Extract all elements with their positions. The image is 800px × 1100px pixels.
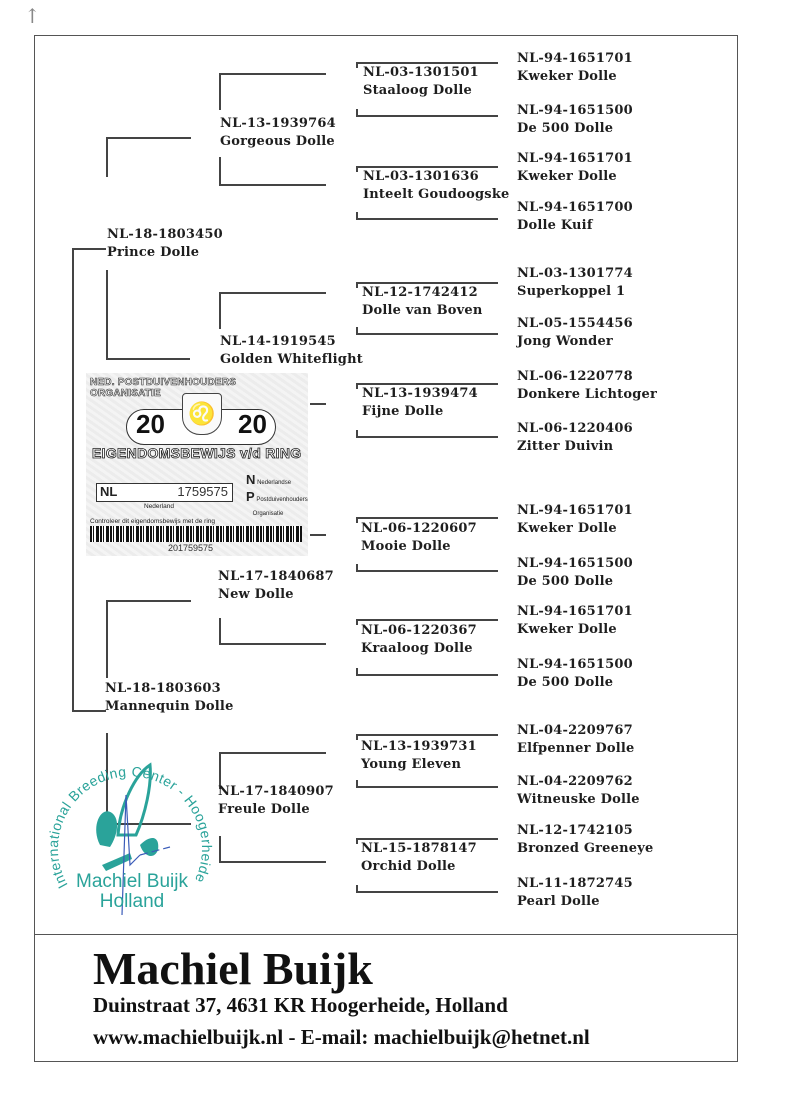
ring-number: NL-05-1554456 xyxy=(517,315,633,333)
bird-name: Kweker Dolle xyxy=(517,68,633,86)
grandparent-4: NL-17-1840907 Freule Dolle xyxy=(218,783,334,819)
footer-divider xyxy=(34,934,738,935)
bird-name: Kraaloog Dolle xyxy=(361,640,477,658)
bird-name: Orchid Dolle xyxy=(361,858,477,876)
ring-number: NL-06-1220778 xyxy=(517,368,657,386)
bird-name: Witneuske Dolle xyxy=(517,791,640,809)
card-npo-logo: N Nederlandse P Postduivenhouders Organi… xyxy=(246,473,308,521)
bird-name: Superkoppel 1 xyxy=(517,283,633,301)
breeding-center-stamp: International Breeding Center - Hoogerhe… xyxy=(40,735,220,915)
ring-number: NL-14-1919545 xyxy=(220,333,363,351)
grandparent-1: NL-13-1939764 Gorgeous Dolle xyxy=(220,115,336,151)
bird-name: Fijne Dolle xyxy=(362,403,478,421)
corner-arrow-mark: ↑ xyxy=(24,4,41,28)
bird-name: Prince Dolle xyxy=(107,244,223,262)
card-ring-number: 1759575 xyxy=(177,484,228,499)
connector-line xyxy=(219,73,326,75)
great-great-grandparent-5: NL-03-1301774Superkoppel 1 xyxy=(517,265,633,301)
card-country-code: NL xyxy=(100,484,117,499)
great-great-grandparent-10: NL-94-1651500De 500 Dolle xyxy=(517,555,633,591)
bird-name: Donkere Lichtoger xyxy=(517,386,657,404)
ring-number: NL-04-2209762 xyxy=(517,773,640,791)
ring-number: NL-03-1301774 xyxy=(517,265,633,283)
connector-line xyxy=(219,292,326,294)
bird-name: Mannequin Dolle xyxy=(105,698,234,716)
great-great-grandparent-1: NL-94-1651701Kweker Dolle xyxy=(517,50,633,86)
ring-number: NL-94-1651500 xyxy=(517,102,633,120)
bird-name: De 500 Dolle xyxy=(517,674,633,692)
ring-number: NL-94-1651500 xyxy=(517,656,633,674)
npo-line: Postduivenhouders xyxy=(256,497,307,503)
bird-name: Freule Dolle xyxy=(218,801,334,819)
ring-number: NL-11-1872745 xyxy=(517,875,633,893)
connector-line xyxy=(106,137,191,139)
connector-line xyxy=(310,403,326,405)
ring-number: NL-17-1840907 xyxy=(218,783,334,801)
grandparent-3: NL-17-1840687 New Dolle xyxy=(218,568,334,604)
ring-number: NL-13-1939474 xyxy=(362,385,478,403)
bird-name: De 500 Dolle xyxy=(517,120,633,138)
great-great-grandparent-14: NL-04-2209762Witneuske Dolle xyxy=(517,773,640,809)
parent-sire: NL-18-1803450 Prince Dolle xyxy=(107,226,223,262)
stamp-name: Machiel Buijk xyxy=(76,871,188,892)
connector-line xyxy=(72,710,106,712)
great-grandparent-5: NL-06-1220607 Mooie Dolle xyxy=(361,520,477,556)
ring-number: NL-12-1742412 xyxy=(362,284,483,302)
connector-line xyxy=(219,861,326,863)
bird-name: Dolle Kuif xyxy=(517,217,633,235)
connector-line xyxy=(106,600,108,678)
ring-number: NL-03-1301501 xyxy=(363,64,479,82)
ring-number: NL-12-1742105 xyxy=(517,822,653,840)
breeder-name: Machiel Buijk xyxy=(93,943,373,995)
great-great-grandparent-3: NL-94-1651701Kweker Dolle xyxy=(517,150,633,186)
bird-name: Kweker Dolle xyxy=(517,621,633,639)
breeder-contact: www.machielbuijk.nl - E-mail: machielbui… xyxy=(93,1025,590,1050)
breeder-address: Duinstraat 37, 4631 KR Hoogerheide, Holl… xyxy=(93,993,508,1018)
connector-line xyxy=(356,674,498,676)
ring-number: NL-13-1939731 xyxy=(361,738,477,756)
card-year-right: 20 xyxy=(238,409,267,440)
ring-ownership-card: NED. POSTDUIVENHOUDERS ORGANISATIE 20 ♌ … xyxy=(86,373,308,556)
connector-line xyxy=(106,137,108,177)
card-ring-box: NL 1759575 xyxy=(96,483,233,502)
ring-number: NL-17-1840687 xyxy=(218,568,334,586)
connector-line xyxy=(219,184,326,186)
bird-name: New Dolle xyxy=(218,586,334,604)
barcode-number: 201759575 xyxy=(168,543,213,553)
connector-line xyxy=(356,115,498,117)
connector-line xyxy=(72,248,106,250)
great-great-grandparent-12: NL-94-1651500De 500 Dolle xyxy=(517,656,633,692)
great-great-grandparent-4: NL-94-1651700Dolle Kuif xyxy=(517,199,633,235)
ring-number: NL-06-1220406 xyxy=(517,420,633,438)
connector-line xyxy=(356,619,498,621)
connector-line xyxy=(219,292,221,329)
bird-name: Kweker Dolle xyxy=(517,168,633,186)
ring-number: NL-15-1878147 xyxy=(361,840,477,858)
grandparent-2: NL-14-1919545 Golden Whiteflight xyxy=(220,333,363,369)
bird-name: Golden Whiteflight xyxy=(220,351,363,369)
connector-line xyxy=(106,358,190,360)
great-great-grandparent-9: NL-94-1651701Kweker Dolle xyxy=(517,502,633,538)
connector-line xyxy=(356,436,498,438)
ring-number: NL-03-1301636 xyxy=(363,168,510,186)
ring-number: NL-18-1803603 xyxy=(105,680,234,698)
bird-name: De 500 Dolle xyxy=(517,573,633,591)
ring-number: NL-06-1220607 xyxy=(361,520,477,538)
card-title: EIGENDOMSBEWIJS v/d RING xyxy=(92,445,301,461)
bird-name: Mooie Dolle xyxy=(361,538,477,556)
ring-number: NL-18-1803450 xyxy=(107,226,223,244)
connector-line xyxy=(356,570,498,572)
bird-name: Pearl Dolle xyxy=(517,893,633,911)
great-grandparent-7: NL-13-1939731 Young Eleven xyxy=(361,738,477,774)
great-grandparent-6: NL-06-1220367 Kraaloog Dolle xyxy=(361,622,477,658)
bird-name: Staaloog Dolle xyxy=(363,82,479,100)
ring-number: NL-94-1651700 xyxy=(517,199,633,217)
connector-line xyxy=(219,157,221,184)
ring-number: NL-13-1939764 xyxy=(220,115,336,133)
bird-name: Zitter Duivin xyxy=(517,438,633,456)
great-grandparent-2: NL-03-1301636 Inteelt Goudoogske xyxy=(363,168,510,204)
ring-number: NL-94-1651701 xyxy=(517,603,633,621)
bird-name: Jong Wonder xyxy=(517,333,633,351)
npo-line: Organisatie xyxy=(253,511,284,517)
great-grandparent-8: NL-15-1878147 Orchid Dolle xyxy=(361,840,477,876)
bird-name: Elfpenner Dolle xyxy=(517,740,634,758)
card-check-text: Controleer dit eigendomsbewijs met de ri… xyxy=(90,518,215,525)
bird-name: Bronzed Greeneye xyxy=(517,840,653,858)
connector-line xyxy=(219,643,326,645)
npo-line: Nederlandse xyxy=(257,480,291,486)
crest-lion-icon: ♌ xyxy=(182,393,222,435)
ring-number: NL-94-1651500 xyxy=(517,555,633,573)
great-grandparent-4: NL-13-1939474 Fijne Dolle xyxy=(362,385,478,421)
barcode xyxy=(90,526,302,542)
stamp-country: Holland xyxy=(100,891,164,912)
connector-line xyxy=(219,752,326,754)
connector-line xyxy=(356,786,498,788)
great-great-grandparent-7: NL-06-1220778Donkere Lichtoger xyxy=(517,368,657,404)
ring-number: NL-94-1651701 xyxy=(517,502,633,520)
great-great-grandparent-15: NL-12-1742105Bronzed Greeneye xyxy=(517,822,653,858)
ring-number: NL-04-2209767 xyxy=(517,722,634,740)
connector-line xyxy=(106,600,191,602)
connector-line xyxy=(356,734,498,736)
connector-line xyxy=(219,73,221,110)
bird-name: Dolle van Boven xyxy=(362,302,483,320)
great-great-grandparent-8: NL-06-1220406Zitter Duivin xyxy=(517,420,633,456)
card-country-label: Nederland xyxy=(144,503,174,510)
card-year-left: 20 xyxy=(136,409,165,440)
connector-line xyxy=(356,218,498,220)
ring-number: NL-06-1220367 xyxy=(361,622,477,640)
great-great-grandparent-11: NL-94-1651701Kweker Dolle xyxy=(517,603,633,639)
connector-line xyxy=(310,534,326,536)
bird-name: Kweker Dolle xyxy=(517,520,633,538)
parent-dam: NL-18-1803603 Mannequin Dolle xyxy=(105,680,234,716)
bird-name: Gorgeous Dolle xyxy=(220,133,336,151)
great-great-grandparent-2: NL-94-1651500De 500 Dolle xyxy=(517,102,633,138)
connector-line xyxy=(356,891,498,893)
great-great-grandparent-6: NL-05-1554456Jong Wonder xyxy=(517,315,633,351)
connector-line xyxy=(356,333,498,335)
connector-line xyxy=(106,270,108,358)
great-great-grandparent-16: NL-11-1872745Pearl Dolle xyxy=(517,875,633,911)
ring-number: NL-94-1651701 xyxy=(517,150,633,168)
connector-line xyxy=(356,517,498,519)
connector-line xyxy=(219,618,221,645)
great-great-grandparent-13: NL-04-2209767Elfpenner Dolle xyxy=(517,722,634,758)
great-grandparent-3: NL-12-1742412 Dolle van Boven xyxy=(362,284,483,320)
great-grandparent-1: NL-03-1301501 Staaloog Dolle xyxy=(363,64,479,100)
connector-line xyxy=(72,248,74,711)
ring-number: NL-94-1651701 xyxy=(517,50,633,68)
bird-name: Young Eleven xyxy=(361,756,477,774)
bird-name: Inteelt Goudoogske xyxy=(363,186,510,204)
